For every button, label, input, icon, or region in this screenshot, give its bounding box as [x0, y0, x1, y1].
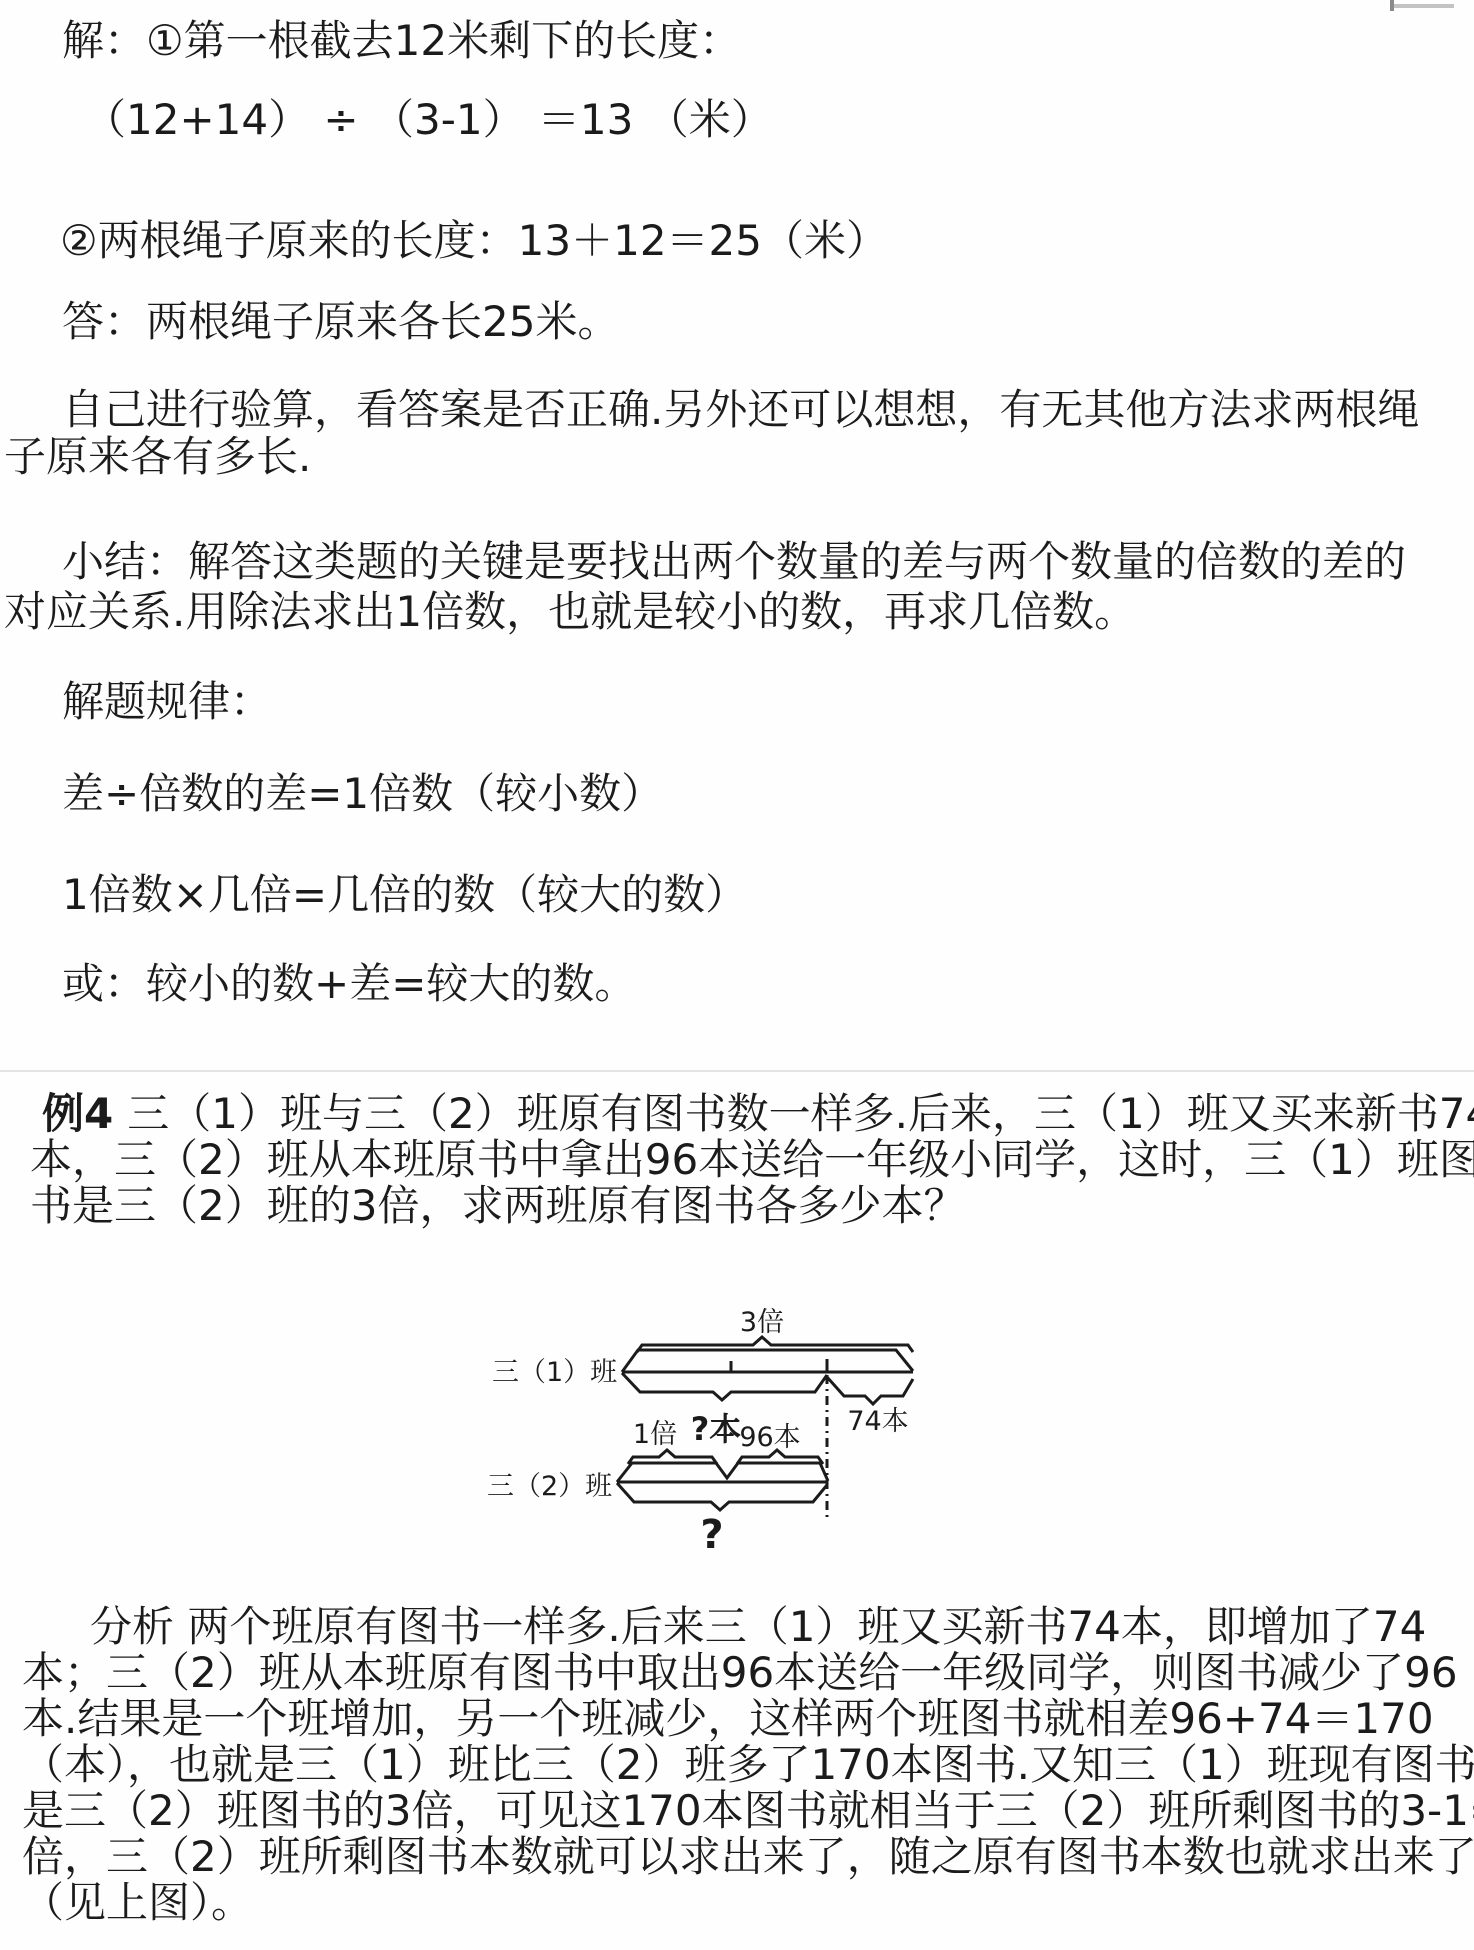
solution-step1-line: 解：①第一根截去12米剩下的长度： [62, 18, 741, 64]
summary-line: 对应关系.用除法求出1倍数，也就是较小的数，再求几倍数。 [4, 587, 1464, 637]
analysis-line: 是三（2）班图书的3倍，可见这170本图书就相当于三（2）班所剩图书的3-1=2 [22, 1788, 1474, 1834]
textbook-page: 解：①第一根截去12米剩下的长度： （12+14） ÷ （3-1） ＝13 （米… [0, 0, 1474, 1950]
example4-line-text: 三（1）班与三（2）班原有图书数一样多.后来，三（1）班又买来新书74 [127, 1089, 1474, 1138]
tape-diagram: 3倍 三（1）班 三（2）班 ?本 96本 1倍 74本 ? [440, 1295, 1060, 1560]
rule-3-line: 或：较小的数+差=较大的数。 [62, 961, 636, 1007]
solution-step2-line: ②两根绳子原来的长度：13＋12＝25（米） [60, 218, 888, 264]
class1-label: 三（1）班 [492, 1357, 617, 1388]
example4-line: 书是三（2）班的3倍，求两班原有图书各多少本？ [30, 1183, 1474, 1229]
class2-bar-top-outline [617, 1463, 828, 1482]
class2-question-brace [617, 1483, 827, 1510]
ben96-label: 96本 [739, 1422, 800, 1453]
analysis-paragraph: 分析 两个班原有图书一样多.后来三（1）班又买新书74本，即增加了74 本；三（… [22, 1604, 1474, 1926]
question-label: ? [700, 1512, 723, 1558]
analysis-line: （本），也就是三（1）班比三（2）班多了170本图书.又知三（1）班现有图书 [22, 1742, 1474, 1788]
class2-label: 三（2）班 [487, 1471, 612, 1502]
ben74-brace [827, 1377, 913, 1404]
ben74-label: 74本 [847, 1406, 908, 1437]
rule-2-line: 1倍数×几倍=几倍的数（较大的数） [62, 872, 747, 918]
class1-bar-top-outline [622, 1350, 913, 1372]
rules-heading: 解题规律： [62, 679, 272, 725]
bei1-label: 1倍 [633, 1419, 677, 1450]
page-corner-mark-horizontal [1394, 4, 1454, 8]
summary-line: 小结：解答这类题的关键是要找出两个数量的差与两个数量的倍数的差的 [4, 537, 1464, 587]
analysis-line: 倍，三（2）班所剩图书本数就可以求出来了，随之原有图书本数也就求出来了 [22, 1834, 1474, 1880]
example4-line: 例4三（1）班与三（2）班原有图书数一样多.后来，三（1）班又买来新书74 [30, 1091, 1474, 1137]
question-ben-label: ?本 [691, 1410, 742, 1448]
question-ben-brace [622, 1373, 827, 1400]
rule-1-line: 差÷倍数的差=1倍数（较小数） [62, 771, 663, 817]
summary-paragraph: 小结：解答这类题的关键是要找出两个数量的差与两个数量的倍数的差的 对应关系.用除… [4, 537, 1464, 637]
solution-answer-line: 答：两根绳子原来各长25米。 [62, 299, 619, 345]
example4-line: 本，三（2）班从本班原书中拿出96本送给一年级小同学，这时，三（1）班图 [30, 1137, 1474, 1183]
analysis-line: 本；三（2）班从本班原有图书中取出96本送给一年级同学，则图书减少了96 [22, 1650, 1474, 1696]
check-line: 自己进行验算，看答案是否正确.另外还可以想想，有无其他方法求两根绳 [4, 386, 1464, 433]
solution-equation-line: （12+14） ÷ （3-1） ＝13 （米） [84, 97, 773, 143]
analysis-line: 本.结果是一个班增加，另一个班减少，这样两个班图书就相差96+74＝170 [22, 1696, 1474, 1742]
check-line: 子原来各有多长. [4, 433, 1464, 480]
times3-label: 3倍 [740, 1307, 784, 1338]
analysis-line: 分析 两个班原有图书一样多.后来三（1）班又买新书74本，即增加了74 [22, 1604, 1474, 1650]
example4-label: 例4 [42, 1089, 113, 1138]
section-divider [0, 1070, 1474, 1072]
analysis-line: （见上图）。 [22, 1880, 1474, 1926]
check-paragraph: 自己进行验算，看答案是否正确.另外还可以想想，有无其他方法求两根绳 子原来各有多… [4, 386, 1464, 480]
example4-paragraph: 例4三（1）班与三（2）班原有图书数一样多.后来，三（1）班又买来新书74 本，… [30, 1091, 1474, 1229]
